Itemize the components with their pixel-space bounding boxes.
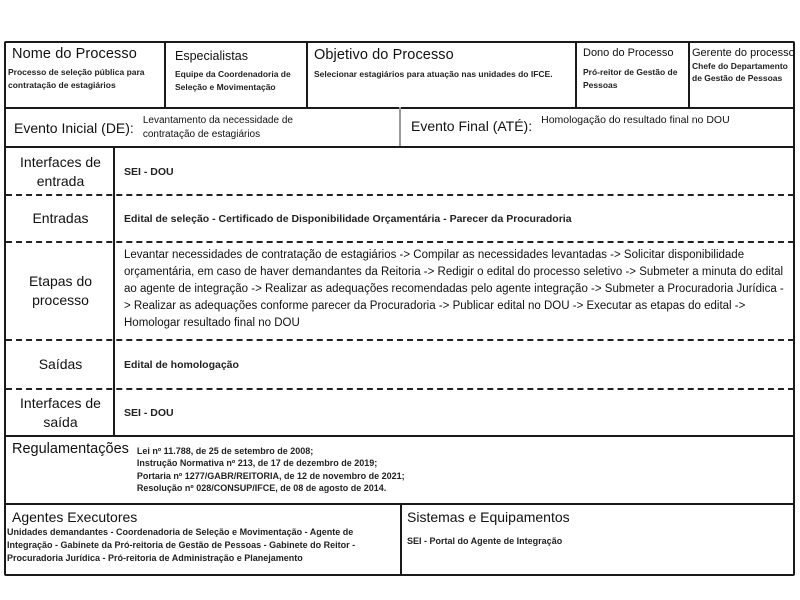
evento-final-value: Homologação do resultado final no DOU — [541, 114, 730, 126]
especialistas-title: Especialistas — [175, 49, 303, 63]
sistemas-value: SEI - Portal do Agente de Integração — [407, 535, 792, 548]
cell-dono: Dono do Processo Pró-reitor de Gestão de… — [583, 47, 687, 92]
sistemas-equipamentos: Sistemas e Equipamentos SEI - Portal do … — [407, 509, 792, 548]
row-value-interfaces-entrada: SEI - DOU — [124, 150, 784, 194]
agentes-value: Unidades demandantes - Coordenadoria de … — [7, 526, 397, 565]
divider — [113, 146, 115, 436]
evento-inicial-value: Levantamento da necessidade de contrataç… — [143, 114, 333, 142]
row-label-saidas: Saídas — [8, 341, 113, 388]
regulamentacao-item: Lei nº 11.788, de 25 de setembro de 2008… — [137, 445, 405, 457]
regulamentacoes-title: Regulamentações — [12, 441, 129, 494]
agentes-title: Agentes Executores — [7, 509, 397, 525]
regulamentacoes: Regulamentações Lei nº 11.788, de 25 de … — [12, 441, 792, 494]
gerente-value: Chefe do Departamento de Gestão de Pesso… — [692, 60, 796, 84]
divider — [306, 41, 308, 108]
regulamentacao-item: Instrução Normativa nº 213, de 17 de dez… — [137, 457, 405, 469]
nome-do-processo-value: Processo de seleção pública para contrat… — [8, 66, 164, 92]
regulamentacoes-list: Lei nº 11.788, de 25 de setembro de 2008… — [137, 445, 405, 494]
regulamentacao-item: Resolução nº 028/CONSUP/IFCE, de 08 de a… — [137, 482, 405, 494]
cell-gerente: Gerente do processo Chefe do Departament… — [692, 47, 796, 84]
evento-final: Evento Final (ATÉ): Homologação do resul… — [411, 114, 791, 134]
objetivo-value: Selecionar estagiários para atuação nas … — [314, 68, 574, 81]
evento-inicial-label: Evento Inicial (DE): — [14, 120, 134, 136]
cell-especialistas: Especialistas Equipe da Coordenadoria de… — [175, 49, 303, 94]
dashed-divider — [6, 241, 794, 243]
sistemas-title: Sistemas e Equipamentos — [407, 509, 792, 525]
especialistas-value: Equipe da Coordenadoria de Seleção e Mov… — [175, 68, 303, 94]
agentes-executores: Agentes Executores Unidades demandantes … — [7, 509, 397, 565]
row-value-interfaces-saida: SEI - DOU — [124, 390, 784, 435]
row-value-saidas: Edital de homologação — [124, 341, 784, 388]
gerente-title: Gerente do processo — [692, 47, 796, 59]
cell-objetivo: Objetivo do Processo Selecionar estagiár… — [314, 47, 574, 81]
divider — [4, 146, 795, 148]
row-label-entradas: Entradas — [8, 196, 113, 241]
evento-final-label: Evento Final (ATÉ): — [411, 118, 532, 134]
evento-inicial: Evento Inicial (DE): Levantamento da nec… — [14, 112, 394, 144]
divider — [4, 435, 795, 437]
divider — [400, 503, 402, 576]
cell-nome-do-processo: Nome do Processo Processo de seleção púb… — [8, 46, 164, 92]
dono-title: Dono do Processo — [583, 47, 687, 59]
divider — [399, 107, 401, 147]
divider — [164, 41, 166, 108]
row-value-entradas: Edital de seleção - Certificado de Dispo… — [124, 196, 789, 241]
row-value-etapas: Levantar necessidades de contratação de … — [124, 247, 790, 332]
nome-do-processo-title: Nome do Processo — [8, 46, 164, 62]
divider — [688, 41, 690, 108]
divider — [575, 41, 577, 108]
row-label-etapas: Etapas do processo — [8, 243, 113, 339]
regulamentacao-item: Portaria nº 1277/GABR/REITORIA, de 12 de… — [137, 470, 405, 482]
row-label-interfaces-saida: Interfaces de saída — [8, 390, 113, 435]
dono-value: Pró-reitor de Gestão de Pessoas — [583, 66, 687, 92]
objetivo-title: Objetivo do Processo — [314, 47, 574, 63]
row-label-interfaces-entrada: Interfaces de entrada — [8, 150, 113, 194]
